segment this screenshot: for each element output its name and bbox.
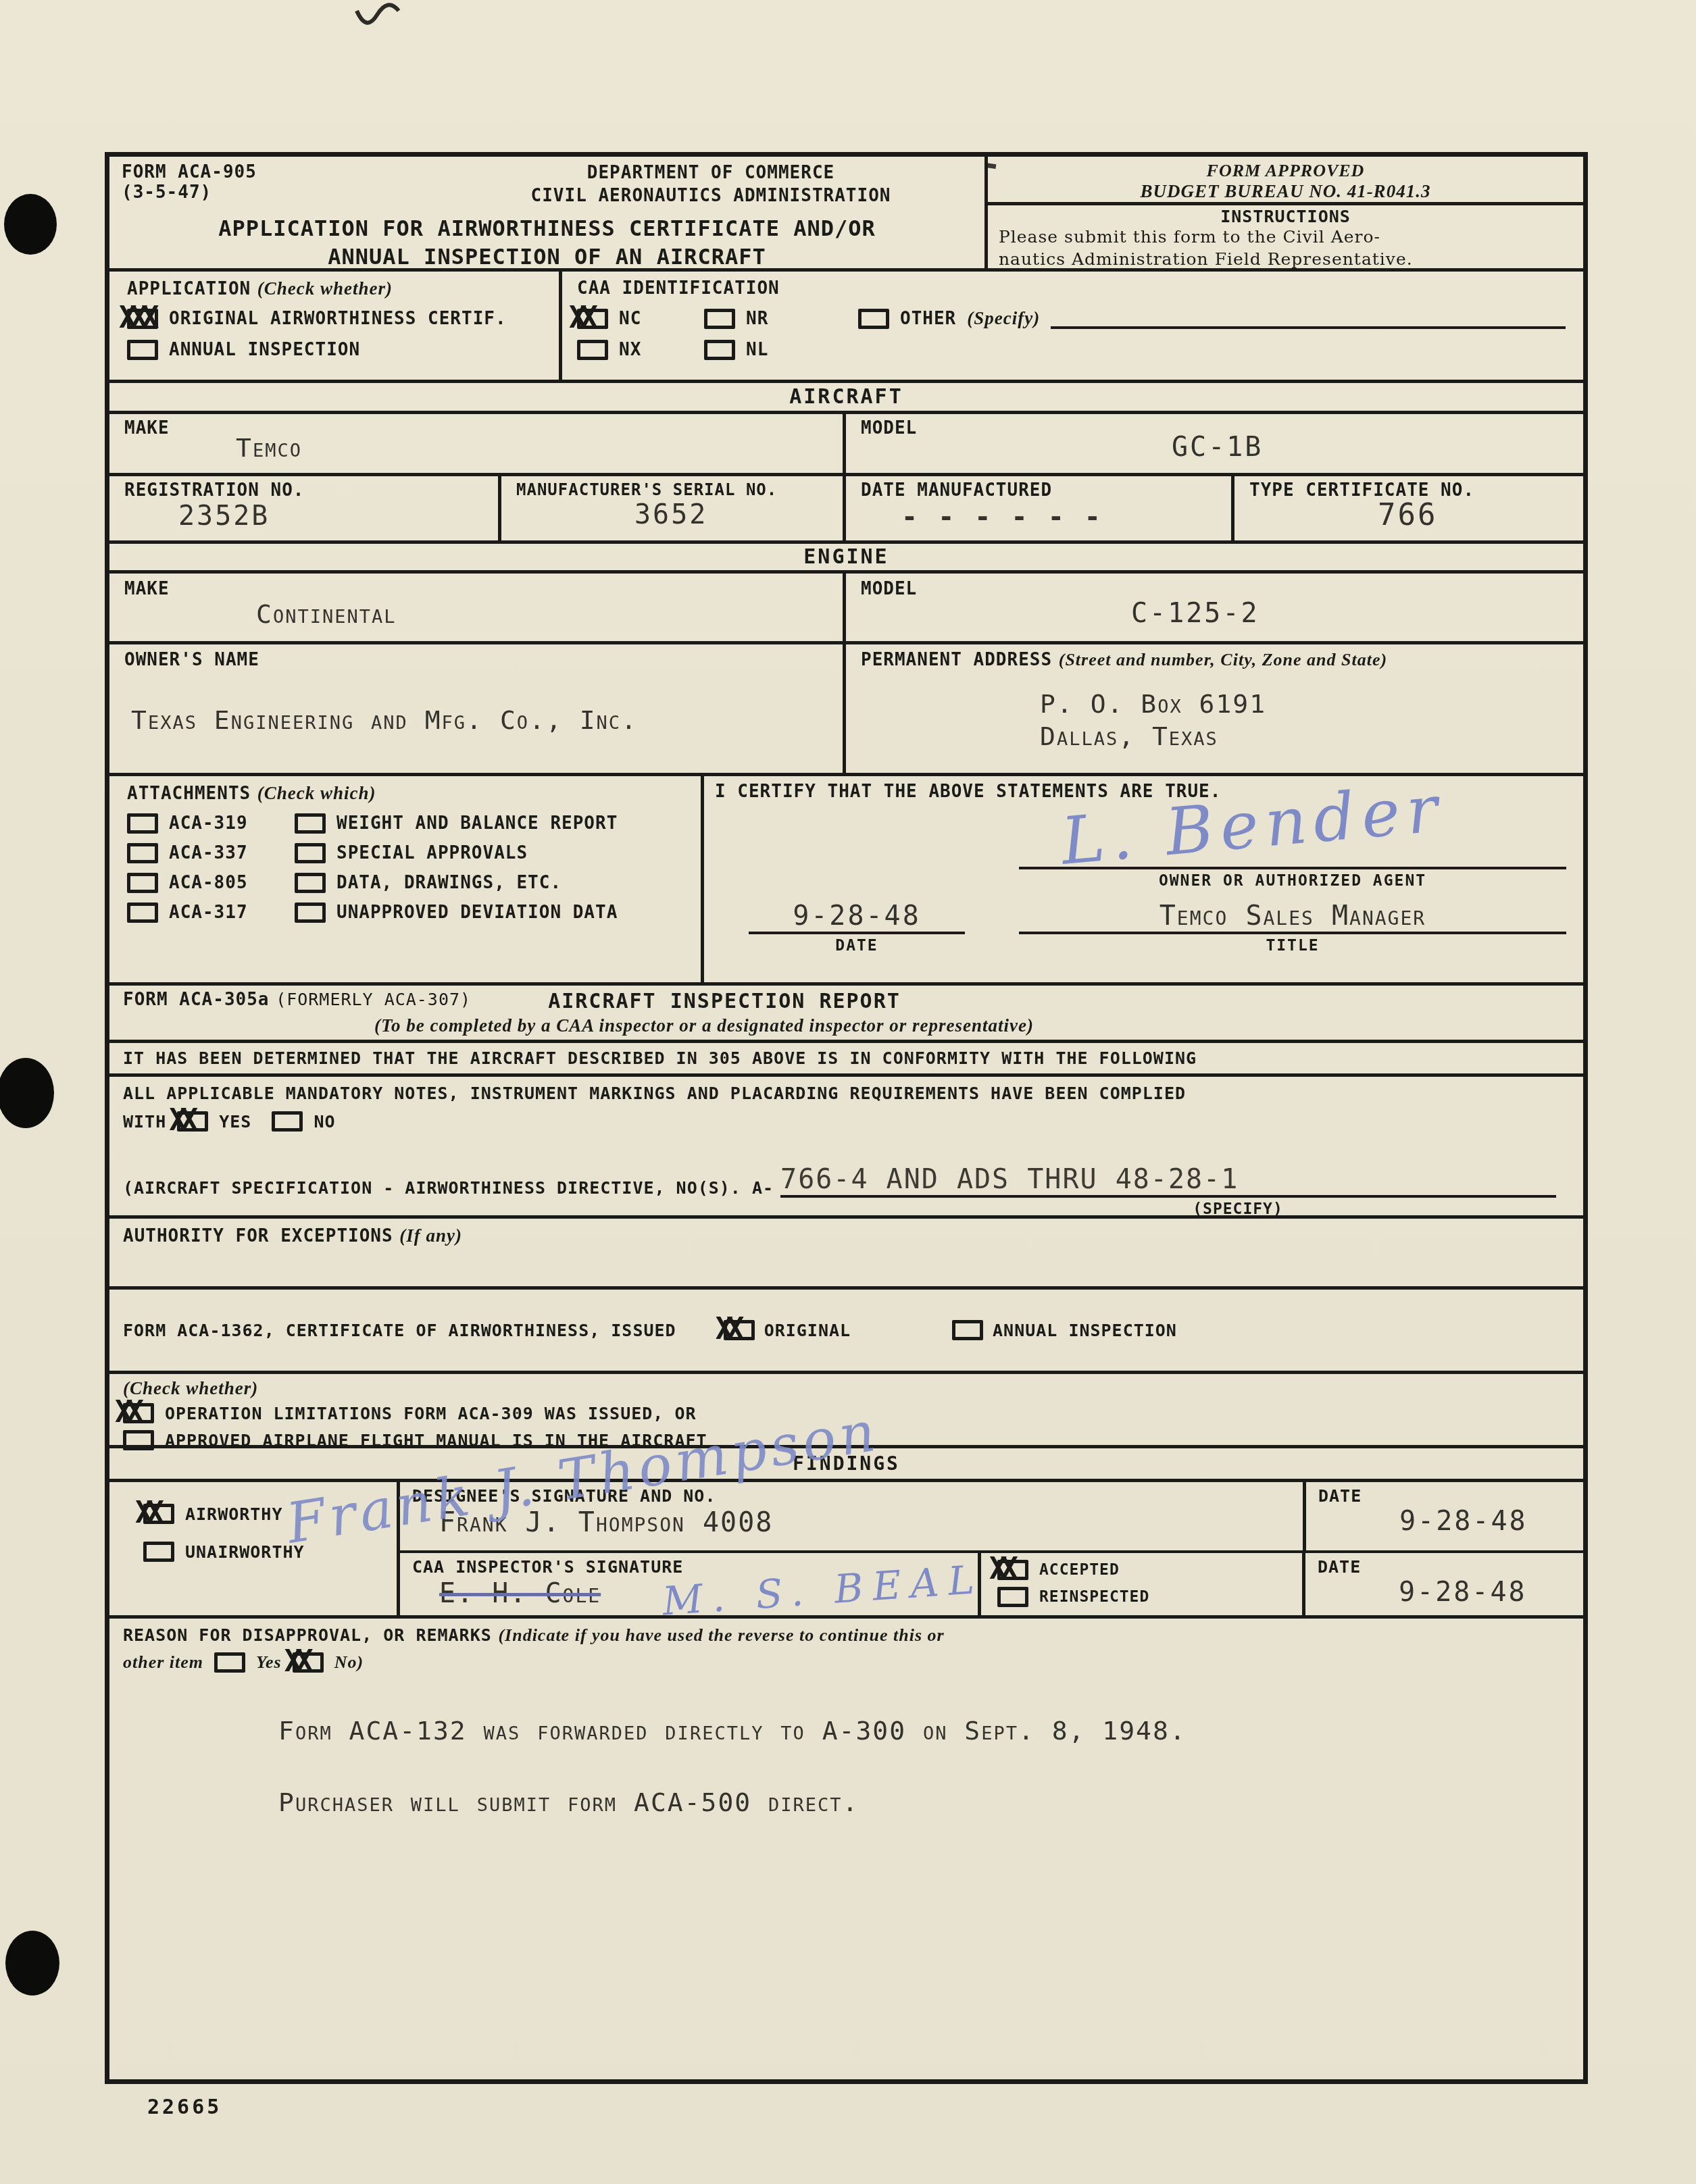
checkbox-box [295,813,326,834]
attachment-form-label: ACA-805 [169,873,284,893]
form-edition-date: (3-5-47) [122,182,257,203]
unairworthy-label: UNAIRWORTHY [185,1542,305,1562]
caa-identification-label: CAA IDENTIFICATION [577,278,1583,299]
inspector-date-label: DATE [1318,1557,1583,1577]
authority-exceptions-row: AUTHORITY FOR EXCEPTIONS (If any) [109,1219,1583,1290]
designee-date-label: DATE [1318,1486,1583,1506]
checkbox-reinspected [997,1587,1028,1607]
checkbox-data-drawings [295,873,326,893]
pen-mark [351,1,405,36]
checkbox-box [858,309,889,329]
check-whether-note: (Check whether) [123,1378,1583,1399]
owner-address-line2: Dallas, Texas [1040,721,1567,751]
checkbox-nx [577,340,608,360]
attachment-desc-label: SPECIAL APPROVALS [336,843,528,863]
owner-row: OWNER'S NAME Texas Engineering and Mfg. … [109,644,1583,776]
checkbox-box [272,1111,303,1132]
aircraft-model-value: GC-1B [1172,432,1583,463]
department-name: DEPARTMENT OF COMMERCE [447,162,974,185]
application-note: (Check whether) [257,278,393,299]
checkbox-weight-balance [295,813,326,834]
inspection-formerly-label: (FORMERLY ACA-307) [276,990,471,1009]
checkbox-annual-inspection [127,340,158,360]
checkbox-complied-yes: XX [177,1111,208,1132]
checkbox-box [997,1587,1028,1607]
registration-value: 2352B [178,501,498,532]
aircraft-make-cell: MAKE Temco [109,414,843,473]
issued-original-label: ORIGINAL [764,1321,851,1340]
checkbox-box [123,1430,154,1450]
form-number: FORM ACA-905 [122,162,257,182]
aca-1362-label: FORM ACA-1362, CERTIFICATE OF AIRWORTHIN… [123,1321,676,1340]
spec-directive-value: 766-4 AND ADS THRU 48-28-1 [780,1164,1239,1195]
attachment-form-label: ACA-337 [169,843,284,863]
checkbox-box [143,1542,174,1562]
checkbox-unairworthy [143,1542,174,1562]
attachments-note: (Check which) [257,783,376,803]
checkbox-original-airworthiness: XXX [127,309,158,329]
form-title-line1: APPLICATION FOR AIRWORTHINESS CERTIFICAT… [109,215,984,243]
spec-directive-label: (AIRCRAFT SPECIFICATION - AIRWORTHINESS … [123,1178,774,1198]
serial-label: MANUFACTURER'S SERIAL NO. [516,480,843,499]
checkbox-issued-original: XX [724,1320,755,1340]
authority-exceptions-label: AUTHORITY FOR EXCEPTIONS [123,1226,393,1246]
inspection-report-title: AIRCRAFT INSPECTION REPORT [488,990,961,1013]
owner-address-line1: P. O. Box 6191 [1040,689,1567,719]
checkbox-mark: XX [135,1496,157,1530]
remarks-label: REASON FOR DISAPPROVAL, OR REMARKS [123,1625,492,1645]
option-label-other: OTHER [900,309,956,329]
aircraft-ids-row: REGISTRATION NO. 2352B MANUFACTURER'S SE… [109,476,1583,544]
certification-date-line [749,932,965,934]
form-approved-line: FORM APPROVED [988,161,1583,181]
remarks-note-line1: (Indicate if you have used the reverse t… [498,1625,944,1645]
aca-1362-row: FORM ACA-1362, CERTIFICATE OF AIRWORTHIN… [109,1290,1583,1374]
spec-specify-note: (SPECIFY) [1103,1200,1373,1218]
airworthy-label: AIRWORTHY [185,1504,282,1524]
owner-name-label: OWNER'S NAME [124,650,843,670]
budget-bureau-number: BUDGET BUREAU NO. 41-R041.3 [988,181,1583,202]
checkbox-box [952,1320,983,1340]
checkbox-box [295,873,326,893]
checkbox-mark: XX [569,301,591,335]
instructions-box: INSTRUCTIONS Please submit this form to … [988,205,1583,270]
determination-row: IT HAS BEEN DETERMINED THAT THE AIRCRAFT… [109,1043,1583,1077]
header-left-cell: FORM ACA-905 (3-5-47) DEPARTMENT OF COMM… [109,157,984,268]
complied-no-label: NO [314,1112,335,1132]
checkbox-mark: XX [284,1644,307,1679]
attachment-desc-label: UNAPPROVED DEVIATION DATA [336,903,618,923]
inspector-date-cell: DATE 9-28-48 [1302,1553,1583,1615]
checkbox-aca-337 [127,843,158,863]
inspector-date-value: 9-28-48 [1399,1577,1583,1608]
other-specify-note: (Specify) [967,308,1040,329]
compliance-prefix: WITH [123,1112,166,1132]
designee-date-value: 9-28-48 [1399,1506,1583,1537]
administration-name: CIVIL AERONAUTICS ADMINISTRATION [447,185,974,208]
checkbox-box [295,903,326,923]
attachment-desc-label: DATA, DRAWINGS, ETC. [336,873,562,893]
reverse-yes-label: Yes [256,1652,282,1673]
aircraft-make-model-row: MAKE Temco MODEL GC-1B [109,414,1583,476]
accepted-label: ACCEPTED [1039,1561,1120,1579]
determination-text: IT HAS BEEN DETERMINED THAT THE AIRCRAFT… [123,1048,1197,1068]
checkbox-issued-annual [952,1320,983,1340]
application-label: APPLICATION [127,279,251,299]
aircraft-model-cell: MODEL GC-1B [843,414,1583,473]
owner-address-note: (Street and number, City, Zone and State… [1059,650,1387,669]
option-label-nr: NR [746,309,847,329]
caa-identification-cell: CAA IDENTIFICATION XX NC NR OTHER (Speci… [559,272,1583,380]
engine-make-model-row: MAKE Continental MODEL C-125-2 [109,574,1583,644]
remarks-note-line2: other item [123,1652,203,1673]
checkbox-airworthy: XX [143,1504,174,1524]
aca-905-form: FORM ACA-905 (3-5-47) DEPARTMENT OF COMM… [105,152,1588,2084]
authority-exceptions-note: (If any) [399,1225,462,1246]
header-right-cell: FORM APPROVED BUDGET BUREAU NO. 41-R041.… [984,157,1583,268]
checkbox-box [704,340,735,360]
form-title-line2: ANNUAL INSPECTION OF AN AIRCRAFT [109,243,984,272]
aircraft-section-title: AIRCRAFT [789,385,903,409]
inspection-report-subtitle: (To be completed by a CAA inspector or a… [231,1015,1177,1036]
remarks-row: REASON FOR DISAPPROVAL, OR REMARKS (Indi… [109,1619,1583,2079]
checkbox-aca-317 [127,903,158,923]
budget-bureau-box: FORM APPROVED BUDGET BUREAU NO. 41-R041.… [988,157,1583,205]
attachments-label: ATTACHMENTS [127,784,251,804]
checkbox-box [704,309,735,329]
attachment-desc-label: WEIGHT AND BALANCE REPORT [336,813,618,834]
checkbox-aca-319 [127,813,158,834]
scanned-form-page: { "colors":{"ink":"#1a1a18","paper":"#e9… [0,0,1696,2184]
attachment-form-label: ACA-319 [169,813,284,834]
punch-hole-top [4,194,57,255]
form-header-row: FORM ACA-905 (3-5-47) DEPARTMENT OF COMM… [109,157,1583,272]
complied-yes-label: YES [219,1112,251,1132]
operation-limitations-label: OPERATION LIMITATIONS FORM ACA-309 WAS I… [165,1404,697,1423]
engine-make-label: MAKE [124,579,843,599]
application-cell: APPLICATION (Check whether) XXX ORIGINAL… [109,272,559,380]
checkbox-mark: XX [169,1103,191,1138]
serial-value: 3652 [634,499,843,530]
checkbox-unapproved-deviation [295,903,326,923]
inspector-row: CAA INSPECTOR'S SIGNATURE E. H. Cole XX … [400,1553,1583,1615]
option-label-original-airworthiness: ORIGINAL AIRWORTHINESS CERTIF. [169,309,507,329]
checkbox-box [295,843,326,863]
option-label-nx: NX [619,340,693,360]
reverse-no-label: No) [334,1652,364,1673]
certification-title-value: Temco Sales Manager [1019,900,1566,932]
checkbox-box [577,340,608,360]
checkbox-operation-limitations: XX [123,1403,154,1423]
owner-name-value: Texas Engineering and Mfg. Co., Inc. [131,705,843,735]
checkbox-mark: XX [989,1552,1012,1586]
remarks-typed-line2: Purchaser will submit form ACA-500 direc… [278,1787,1583,1817]
option-label-nl: NL [746,340,768,360]
date-manufactured-cell: DATE MANUFACTURED - - - - - - [843,476,1231,540]
engine-model-label: MODEL [861,579,1583,599]
checkbox-box [127,340,158,360]
checkbox-mark: XX [115,1395,137,1429]
owner-address-label: PERMANENT ADDRESS [861,650,1052,670]
engine-model-cell: MODEL C-125-2 [843,574,1583,641]
aircraft-make-value: Temco [236,433,843,463]
inspection-form-label: FORM ACA-305a [123,990,270,1010]
certification-date-value: 9-28-48 [749,900,965,932]
other-specify-line [1051,309,1566,329]
issued-annual-label: ANNUAL INSPECTION [993,1321,1177,1340]
compliance-row: ALL APPLICABLE MANDATORY NOTES, INSTRUME… [109,1077,1583,1219]
checkbox-mark: XX [716,1312,738,1346]
checkbox-box [127,873,158,893]
engine-make-cell: MAKE Continental [109,574,843,641]
serial-cell: MANUFACTURER'S SERIAL NO. 3652 [498,476,843,540]
certification-date-caption: DATE [749,937,965,955]
registration-cell: REGISTRATION NO. 2352B [109,476,498,540]
option-label-annual-inspection: ANNUAL INSPECTION [169,340,360,360]
instructions-title: INSTRUCTIONS [999,207,1572,226]
checkbox-reverse-yes [214,1652,245,1673]
type-certificate-cell: TYPE CERTIFICATE NO. 766 [1231,476,1583,540]
checkbox-mark: XXX [119,301,152,335]
registration-label: REGISTRATION NO. [124,480,498,501]
certification-title-line [1019,932,1566,934]
accepted-cell: XX ACCEPTED REINSPECTED [978,1553,1302,1615]
date-manufactured-value: - - - - - - [901,502,1231,533]
checkbox-other [858,309,889,329]
checkbox-reverse-no: XX [293,1652,324,1673]
date-manufactured-label: DATE MANUFACTURED [861,480,1231,501]
checkbox-box [127,843,158,863]
remarks-typed-line1: Form ACA-132 was forwarded directly to A… [278,1716,1583,1746]
instructions-line2: nautics Administration Field Representat… [999,249,1572,271]
checkbox-nc: XX [577,309,608,329]
option-label-nc: NC [619,309,693,329]
punch-hole-middle [0,1058,54,1128]
checkbox-nr [704,309,735,329]
certification-title-caption: TITLE [1019,937,1566,955]
engine-make-value: Continental [256,599,843,629]
print-code: 22665 [147,2096,222,2119]
owner-name-cell: OWNER'S NAME Texas Engineering and Mfg. … [109,644,843,773]
attachments-cell: ATTACHMENTS (Check which) ACA-319 WEIGHT… [109,776,701,982]
checkbox-special-approvals [295,843,326,863]
type-certificate-value: 766 [1378,498,1583,532]
checkbox-flight-manual [123,1430,154,1450]
aircraft-section-band: AIRCRAFT [109,383,1583,414]
checkbox-accepted: XX [997,1560,1028,1580]
engine-model-value: C-125-2 [1131,598,1583,629]
checkbox-box [127,903,158,923]
designee-date-cell: DATE 9-28-48 [1303,1482,1583,1550]
engine-section-title: ENGINE [803,545,889,569]
punch-hole-bottom [5,1931,59,1996]
checkbox-aca-805 [127,873,158,893]
reinspected-label: REINSPECTED [1039,1588,1149,1606]
checkbox-box [214,1652,245,1673]
owner-address-cell: PERMANENT ADDRESS (Street and number, Ci… [843,644,1583,773]
instructions-line1: Please submit this form to the Civil Aer… [999,226,1572,249]
engine-section-band: ENGINE [109,544,1583,574]
checkbox-complied-no [272,1111,303,1132]
checkbox-nl [704,340,735,360]
application-row: APPLICATION (Check whether) XXX ORIGINAL… [109,272,1583,383]
compliance-line1: ALL APPLICABLE MANDATORY NOTES, INSTRUME… [123,1084,1583,1103]
inspection-report-header-row: FORM ACA-305a (FORMERLY ACA-307) AIRCRAF… [109,986,1583,1043]
checkbox-box [127,813,158,834]
attachment-form-label: ACA-317 [169,903,284,923]
